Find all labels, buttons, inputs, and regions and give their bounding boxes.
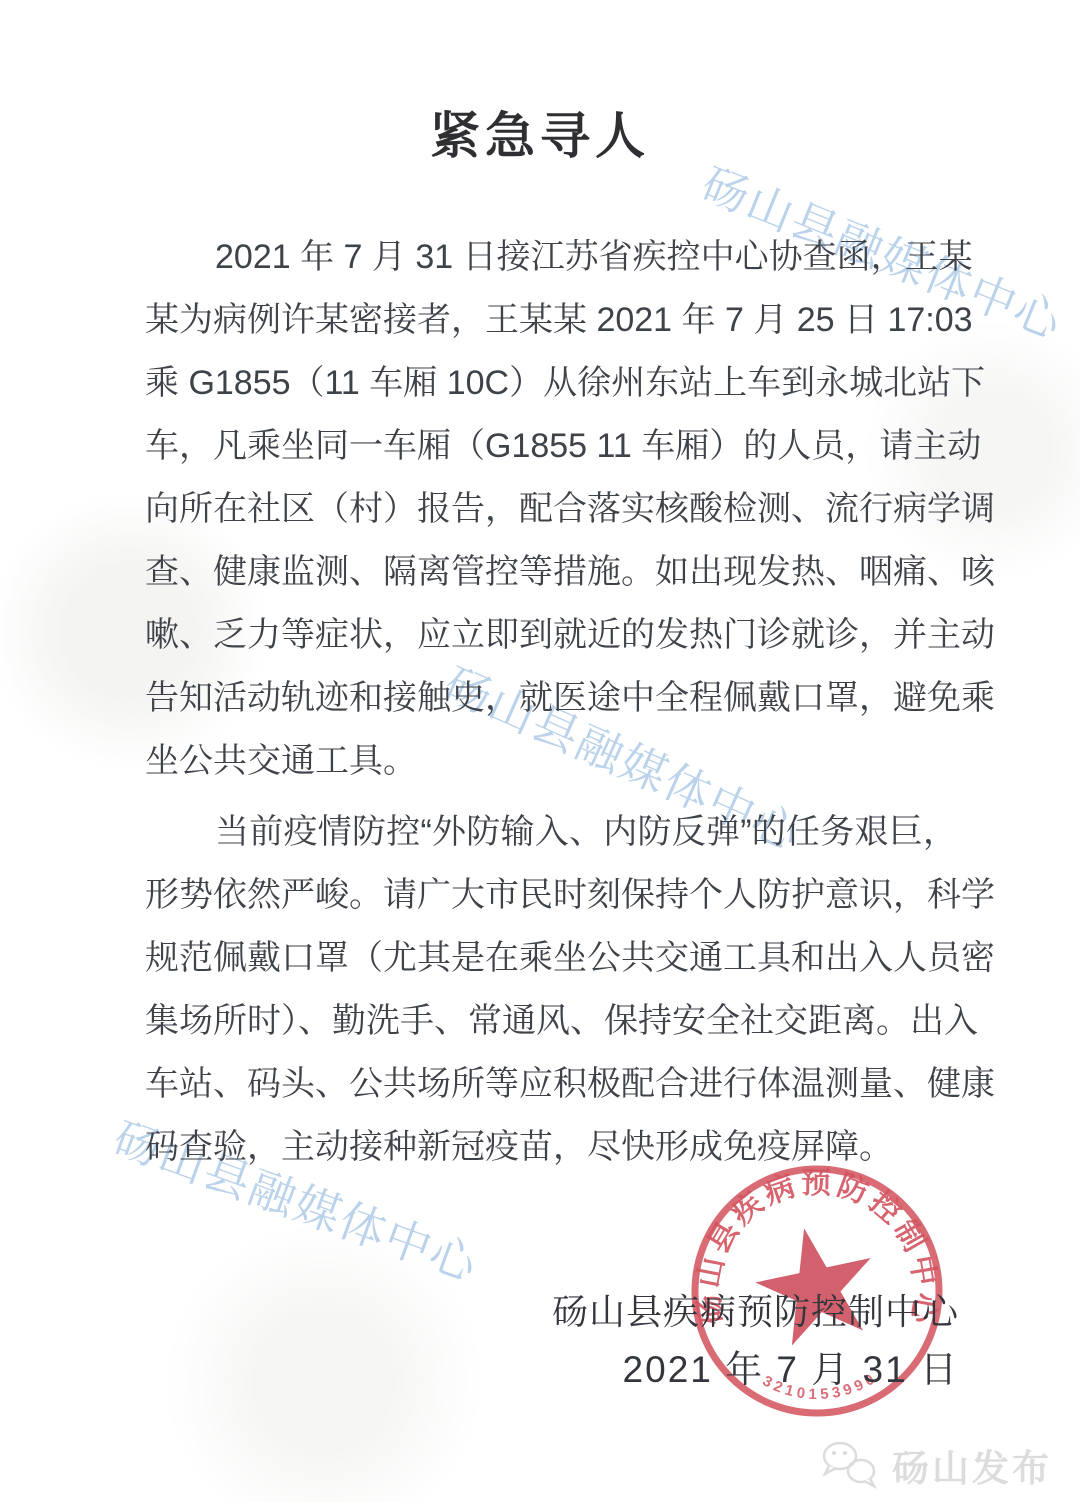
body-line: 向所在社区（村）报告，配合落实核酸检测、流行病学调 — [145, 478, 957, 541]
scanned-notice-page: 砀山县融媒体中心 砀山县融媒体中心 砀山县融媒体中心 紧急寻人 2021 年 7… — [0, 0, 1080, 1502]
signature-organization: 砀山县疾病预防控制中心 — [552, 1283, 959, 1341]
body-line: 集场所时）、勤洗手、常通风、保持安全社交距离。出入 — [145, 990, 957, 1053]
notice-body: 2021 年 7 月 31 日接江苏省疾控中心协查函，王某 某为病例许某密接者，… — [145, 226, 957, 1179]
signature-block: 砀山县疾病预防控制中心 2021 年 7 月 31 日 — [552, 1283, 959, 1399]
publisher-name: 砀山发布 — [892, 1438, 1052, 1492]
body-line: 车，凡乘坐同一车厢（G1855 11 车厢）的人员，请主动 — [145, 415, 957, 478]
body-line: 告知活动轨迹和接触史，就医途中全程佩戴口罩，避免乘 — [145, 667, 957, 730]
body-line: 坐公共交通工具。 — [145, 730, 957, 793]
body-line: 车站、码头、公共场所等应积极配合进行体温测量、健康 — [145, 1053, 957, 1116]
wechat-bubbles-icon — [820, 1440, 882, 1490]
paragraph: 当前疫情防控“外防输入、内防反弹”的任务艰巨， 形势依然严峻。请广大市民时刻保持… — [145, 801, 957, 1179]
signature-date: 2021 年 7 月 31 日 — [552, 1341, 959, 1399]
body-line: 2021 年 7 月 31 日接江苏省疾控中心协查函，王某 — [145, 226, 957, 289]
paragraph: 2021 年 7 月 31 日接江苏省疾控中心协查函，王某 某为病例许某密接者，… — [145, 226, 957, 793]
body-line: 某为病例许某密接者，王某某 2021 年 7 月 25 日 17:03 — [145, 289, 957, 352]
body-line: 嗽、乏力等症状，应立即到就近的发热门诊就诊，并主动 — [145, 604, 957, 667]
body-line: 规范佩戴口罩（尤其是在乘坐公共交通工具和出入人员密 — [145, 927, 957, 990]
notice-title: 紧急寻人 — [0, 96, 1080, 168]
publisher-watermark: 砀山发布 — [820, 1438, 1052, 1492]
body-line: 当前疫情防控“外防输入、内防反弹”的任务艰巨， — [145, 801, 957, 864]
body-line: 形势依然严峻。请广大市民时刻保持个人防护意识，科学 — [145, 864, 957, 927]
body-line: 查、健康监测、隔离管控等措施。如出现发热、咽痛、咳 — [145, 541, 957, 604]
body-line: 乘 G1855（11 车厢 10C）从徐州东站上车到永城北站下 — [145, 352, 957, 415]
